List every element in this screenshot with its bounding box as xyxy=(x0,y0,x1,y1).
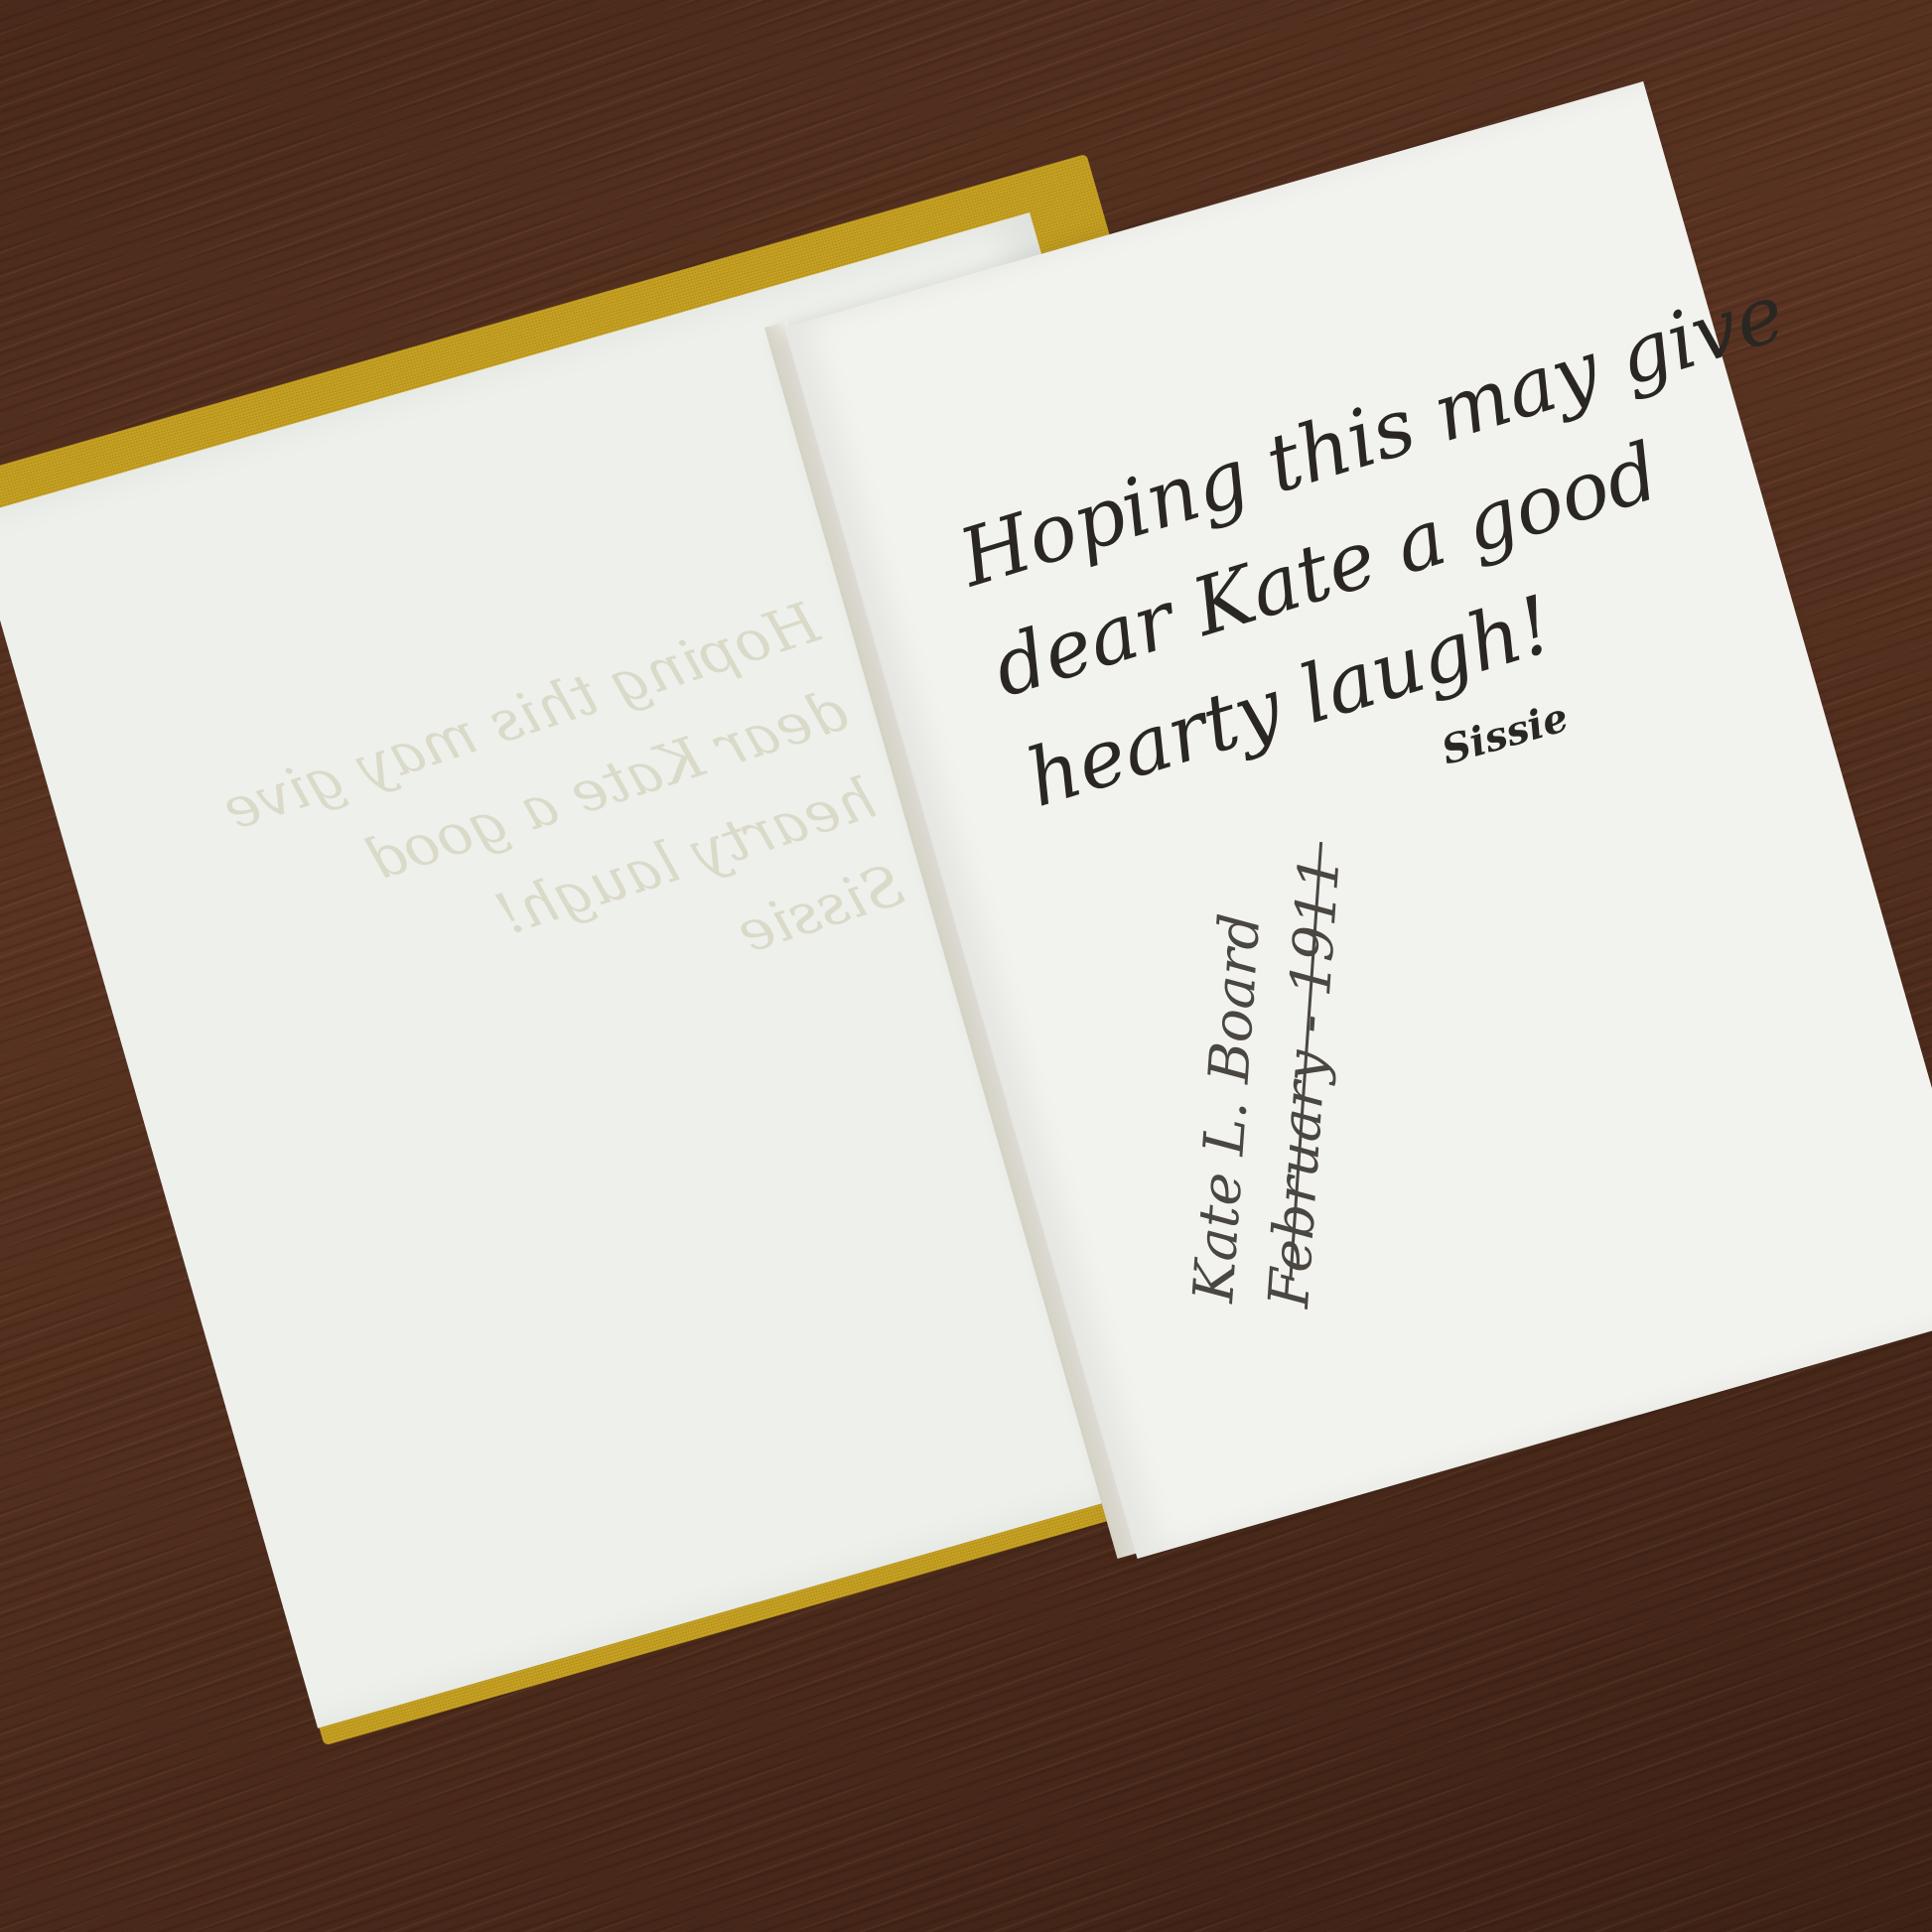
handwritten-inscription: Hoping this may give dear Kate a good he… xyxy=(946,256,1865,837)
ownership-inscription: Kate L. Board February - 1911 xyxy=(1176,848,1358,1311)
open-book: Hoping this may give dear Kate a good he… xyxy=(0,0,1932,1932)
offset-ghost-inscription: Hoping this may give dear Kate a good he… xyxy=(211,577,915,1119)
